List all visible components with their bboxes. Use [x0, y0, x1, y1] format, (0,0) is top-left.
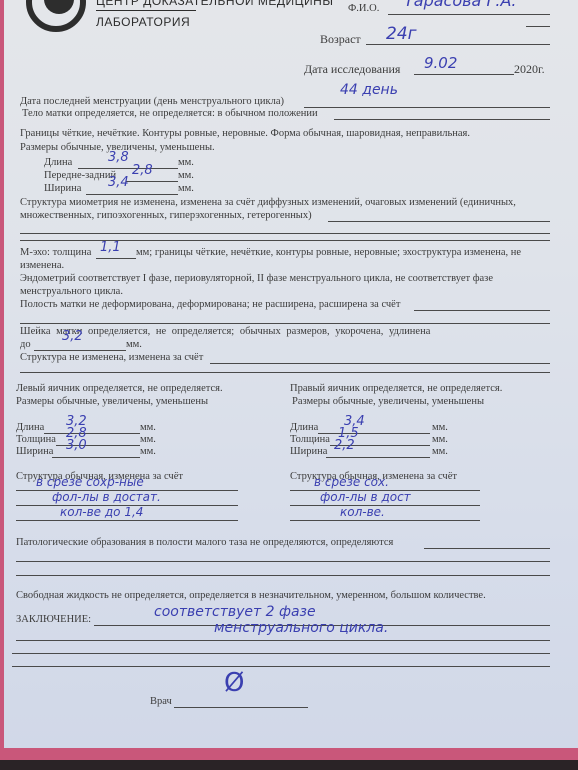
fio-value[interactable]: Тарасова Г.А.	[404, 0, 516, 10]
exam-date-label: Дата исследования	[304, 62, 400, 77]
exam-date-value[interactable]: 9.02	[424, 54, 457, 72]
conclusion-line-1[interactable]: соответствует 2 фазе	[154, 604, 316, 620]
free-fluid-text: Свободная жидкость не определяется, опре…	[16, 590, 486, 601]
uterus-length-label: Длина	[44, 157, 72, 168]
unit-label: мм.	[126, 339, 142, 350]
pathology-text: Патологические образования в полости мал…	[16, 537, 393, 548]
mecho-description-end: изменена.	[20, 260, 64, 271]
conclusion-label: ЗАКЛЮЧЕНИЕ:	[16, 614, 91, 625]
uterus-borders-text: Границы чёткие, нечёткие. Контуры ровные…	[20, 128, 470, 139]
right-ovary-thickness-label: Толщина	[290, 434, 330, 445]
right-ovary-sizes: Размеры обычные, увеличены, уменьшены	[292, 396, 484, 407]
unit-label: мм.	[432, 446, 448, 457]
doctor-label: Врач	[150, 696, 172, 707]
org-subtitle: ЛАБОРАТОРИЯ	[96, 15, 190, 29]
left-ovary-width-value[interactable]: 3,0	[66, 438, 87, 453]
unit-label: мм.	[140, 422, 156, 433]
fio-label: Ф.И.О.	[348, 3, 379, 14]
left-ovary-width-label: Ширина	[16, 446, 53, 457]
left-ovary-title: Левый яичник определяется, не определяет…	[16, 383, 223, 394]
cervix-length-value[interactable]: 3,2	[62, 329, 83, 344]
last-menstruation-value[interactable]: 44 день	[340, 82, 398, 98]
myometrium-text-2: множественных, гипоэхогенных, гиперэхоге…	[20, 210, 312, 221]
unit-label: мм.	[432, 422, 448, 433]
left-ovary-length-label: Длина	[16, 422, 44, 433]
right-ovary-width-value[interactable]: 2,2	[334, 438, 355, 453]
right-ovary-title: Правый яичник определяется, не определяе…	[290, 383, 502, 394]
left-ovary-sizes: Размеры обычные, увеличены, уменьшены	[16, 396, 208, 407]
unit-label: мм.	[432, 434, 448, 445]
right-ovary-length-label: Длина	[290, 422, 318, 433]
exam-year: 2020г.	[514, 62, 545, 77]
endometrium-text-2: менструального цикла.	[20, 286, 123, 297]
unit-label: мм.	[140, 434, 156, 445]
ultrasound-report-form: ЦЕНТР ДОКАЗАТЕЛЬНОЙ МЕДИЦИНЫ ЛАБОРАТОРИЯ…	[4, 0, 578, 748]
unit-label: мм.	[140, 446, 156, 457]
cervix-structure-text: Структура не изменена, изменена за счёт	[20, 352, 203, 363]
endometrium-text-1: Эндометрий соответствует I фазе, периову…	[20, 273, 493, 284]
conclusion-line-2[interactable]: менструального цикла.	[214, 620, 388, 636]
doctor-signature: Ø	[224, 668, 244, 698]
age-label: Возраст	[320, 32, 361, 47]
uterus-width-value[interactable]: 3,4	[108, 175, 129, 190]
uterus-ap-value[interactable]: 2,8	[132, 163, 153, 178]
cavity-text: Полость матки не деформирована, деформир…	[20, 299, 400, 310]
org-name: ЦЕНТР ДОКАЗАТЕЛЬНОЙ МЕДИЦИНЫ	[96, 0, 333, 8]
right-ovary-note-3[interactable]: кол-ве.	[340, 505, 385, 519]
folder-edge	[0, 760, 578, 770]
unit-label: мм.	[178, 183, 194, 194]
uterus-length-value[interactable]: 3,8	[108, 150, 129, 165]
unit-label: мм.	[178, 157, 194, 168]
myometrium-text-1: Структура миометрия не изменена, изменен…	[20, 197, 516, 208]
unit-label: мм.	[178, 170, 194, 181]
left-ovary-note-2[interactable]: фол-лы в достат.	[52, 490, 161, 504]
mecho-label: М-эхо: толщина	[20, 247, 91, 258]
last-menstruation-label: Дата последней менструации (день менстру…	[20, 96, 284, 107]
uterus-body-label: Тело матки определяется, не определяется…	[22, 108, 318, 119]
uterus-ap-label: Передне-задний	[44, 170, 116, 181]
uterus-width-label: Ширина	[44, 183, 81, 194]
right-ovary-note-2[interactable]: фол-лы в дост	[320, 490, 411, 504]
right-ovary-width-label: Ширина	[290, 446, 327, 457]
cervix-to-label: до	[20, 339, 31, 350]
age-value[interactable]: 24г	[386, 24, 417, 44]
left-ovary-note-1[interactable]: в срезе сохр-ные	[36, 475, 144, 489]
mecho-description: мм; границы чёткие, нечёткие, контуры ро…	[136, 247, 521, 258]
left-ovary-thickness-label: Толщина	[16, 434, 56, 445]
clinic-logo-icon	[26, 0, 86, 32]
mecho-thickness-value[interactable]: 1,1	[100, 240, 121, 255]
right-ovary-note-1[interactable]: в срезе сох.	[314, 475, 389, 489]
left-ovary-note-3[interactable]: кол-ве до 1,4	[60, 505, 143, 519]
